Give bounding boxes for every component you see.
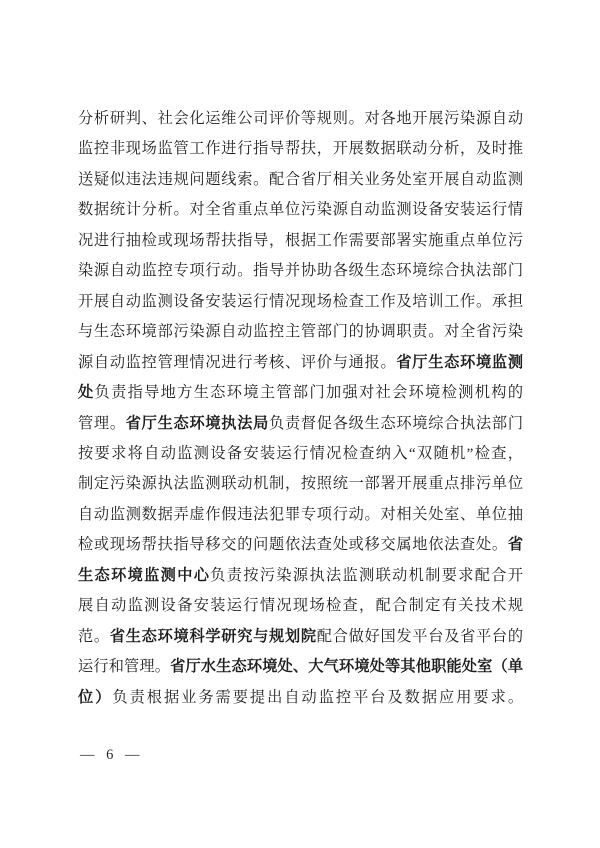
text-segment: 展自动监测设备安装运行情况现场检查，配合制定有关技术规	[78, 597, 523, 614]
text-line: 数据统计分析。对全省重点单位污染源自动监测设备安装运行情	[78, 195, 523, 225]
text-line: 生态环境监测中心负责按污染源执法监测联动机制要求配合开	[78, 561, 523, 591]
text-segment: 负责指导地方生态环境主管部门加强对社会环境检测机构的	[95, 384, 523, 401]
text-segment: 分析研判、社会化运维公司评价等规则。对各地开展污染源自动	[78, 110, 523, 127]
document-page: 分析研判、社会化运维公司评价等规则。对各地开展污染源自动监控非现场监管工作进行指…	[0, 0, 600, 848]
text-segment-bold: 省	[508, 536, 523, 553]
text-line: 位）负责根据业务需要提出自动监控平台及数据应用要求。	[78, 683, 523, 713]
text-line: 染源自动监控专项行动。指导并协助各级生态环境综合执法部门	[78, 256, 523, 286]
text-segment: 与生态环境部污染源自动监控主管部门的协调职责。对全省污染	[78, 323, 523, 340]
body-text: 分析研判、社会化运维公司评价等规则。对各地开展污染源自动监控非现场监管工作进行指…	[78, 104, 523, 713]
text-segment: 负责按污染源执法监测联动机制要求配合开	[210, 567, 523, 584]
text-segment: 管理。	[78, 415, 126, 432]
text-segment: 数据统计分析。对全省重点单位污染源自动监测设备安装运行情	[78, 201, 523, 218]
text-line: 监控非现场监管工作进行指导帮扶，开展数据联动分析，及时推	[78, 134, 523, 164]
text-segment: 染源自动监控专项行动。指导并协助各级生态环境综合执法部门	[78, 262, 523, 279]
text-line: 况进行抽检或现场帮扶指导，根据工作需要部署实施重点单位污	[78, 226, 523, 256]
text-segment: 开展自动监测设备安装运行情况现场检查工作及培训工作。承担	[78, 293, 523, 310]
text-segment: 运行和管理。	[78, 658, 170, 675]
text-segment: 况进行抽检或现场帮扶指导，根据工作需要部署实施重点单位污	[78, 232, 523, 249]
text-line: 管理。省厅生态环境执法局负责督促各级生态环境综合执法部门	[78, 409, 523, 439]
text-segment-bold: 省生态环境科学研究与规划院	[110, 628, 317, 645]
text-segment-bold: 处	[78, 384, 95, 401]
text-segment: 源自动监控管理情况进行考核、评价与通报。	[78, 354, 396, 371]
text-line: 检或现场帮扶指导移交的问题依法查处或移交属地依法查处。省	[78, 530, 523, 560]
text-line: 范。省生态环境科学研究与规划院配合做好国发平台及省平台的	[78, 622, 523, 652]
text-line: 处负责指导地方生态环境主管部门加强对社会环境检测机构的	[78, 378, 523, 408]
text-segment-bold: 生态环境监测中心	[78, 567, 210, 584]
text-line: 源自动监控管理情况进行考核、评价与通报。省厅生态环境监测	[78, 348, 523, 378]
text-line: 开展自动监测设备安装运行情况现场检查工作及培训工作。承担	[78, 287, 523, 317]
text-segment: 监控非现场监管工作进行指导帮扶，开展数据联动分析，及时推	[78, 140, 523, 157]
text-segment: 自动监测数据弄虚作假违法犯罪专项行动。对相关处室、单位抽	[78, 506, 523, 523]
text-segment-bold: 省厅生态环境执法局	[126, 415, 269, 432]
text-segment: 制定污染源执法监测联动机制，按照统一部署开展重点排污单位	[78, 475, 523, 492]
text-segment: 送疑似违法违规问题线索。配合省厅相关业务处室开展自动监测	[78, 171, 523, 188]
text-segment: 配合做好国发平台及省平台的	[317, 628, 523, 645]
text-line: 自动监测数据弄虚作假违法犯罪专项行动。对相关处室、单位抽	[78, 500, 523, 530]
text-segment: 按要求将自动监测设备安装运行情况检查纳入“双随机”检查，	[78, 445, 523, 462]
text-line: 展自动监测设备安装运行情况现场检查，配合制定有关技术规	[78, 591, 523, 621]
text-line: 制定污染源执法监测联动机制，按照统一部署开展重点排污单位	[78, 469, 523, 499]
text-segment: 负责根据业务需要提出自动监控平台及数据应用要求。	[112, 689, 523, 706]
text-segment-bold: 省厅水生态环境处、大气环境处等其他职能处室（单	[170, 658, 523, 675]
text-segment-bold: 位）	[78, 689, 112, 706]
text-segment: 检或现场帮扶指导移交的问题依法查处或移交属地依法查处。	[78, 536, 508, 553]
text-segment: 负责督促各级生态环境综合执法部门	[269, 415, 523, 432]
text-segment-bold: 省厅生态环境监测	[396, 354, 523, 371]
text-line: 分析研判、社会化运维公司评价等规则。对各地开展污染源自动	[78, 104, 523, 134]
text-line: 运行和管理。省厅水生态环境处、大气环境处等其他职能处室（单	[78, 652, 523, 682]
text-segment: 范。	[78, 628, 110, 645]
text-line: 送疑似违法违规问题线索。配合省厅相关业务处室开展自动监测	[78, 165, 523, 195]
text-line: 按要求将自动监测设备安装运行情况检查纳入“双随机”检查，	[78, 439, 523, 469]
text-line: 与生态环境部污染源自动监控主管部门的协调职责。对全省污染	[78, 317, 523, 347]
page-number: — 6 —	[80, 747, 144, 764]
